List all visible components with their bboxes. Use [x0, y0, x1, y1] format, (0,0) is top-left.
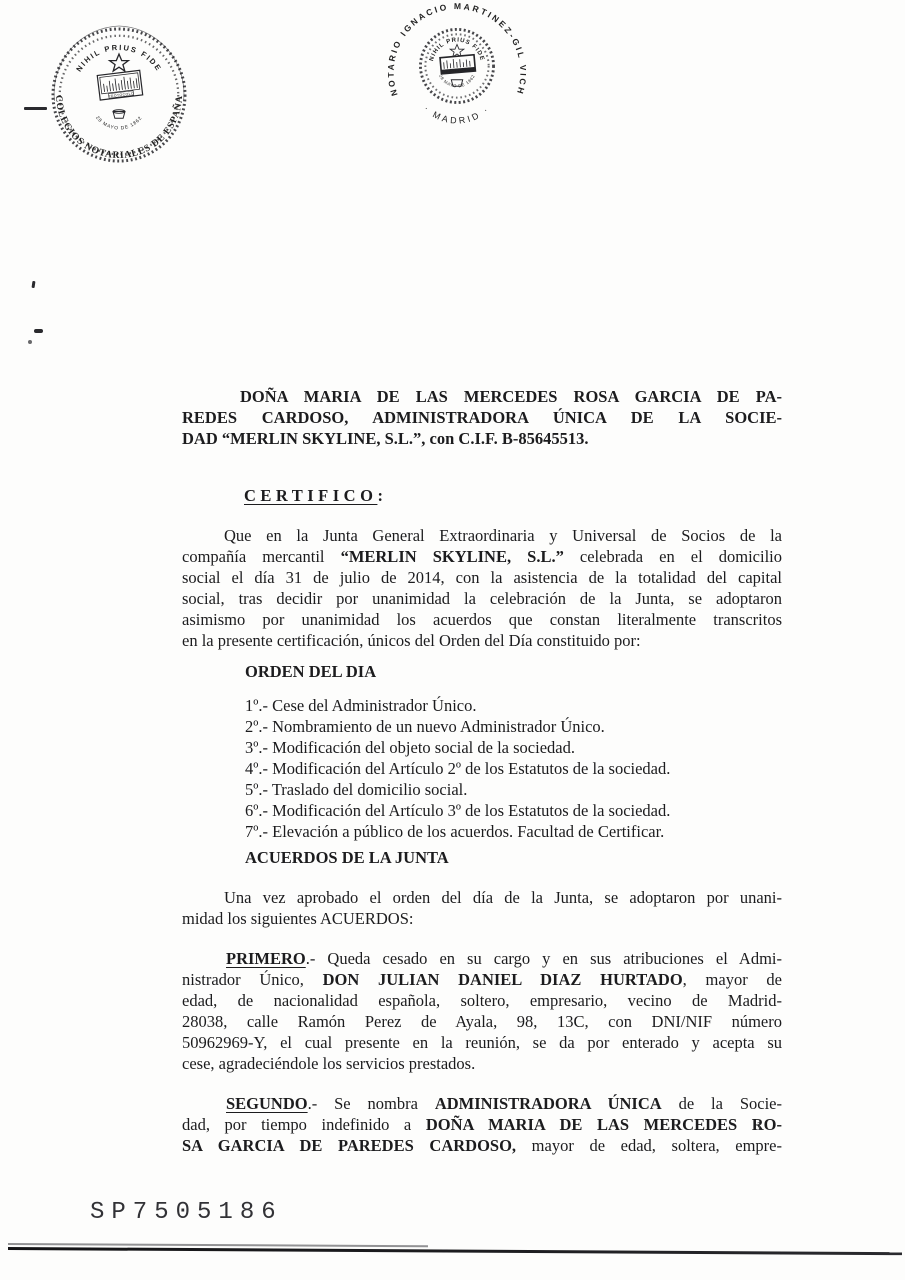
text-line: Que en la Junta General Extraordinaria y… — [182, 525, 782, 546]
notarial-college-seal-graphic: NIHIL PRIUS FIDE PROTOCOLO — [44, 20, 194, 170]
certify-word: CERTIFICO — [244, 486, 377, 505]
text-line: SEGUNDO.- Se nombra ADMINISTRADORA ÚNICA… — [182, 1093, 782, 1114]
text-line: en la presente certificación, únicos del… — [182, 630, 782, 651]
text-line: DOÑA MARIA DE LAS MERCEDES ROSA GARCIA D… — [182, 386, 782, 407]
text-line: SA GARCIA DE PAREDES CARDOSO, mayor de e… — [182, 1135, 782, 1156]
text-line: 50962969-Y, el cual presente en la reuni… — [182, 1032, 782, 1053]
text-line: REDES CARDOSO, ADMINISTRADORA ÚNICA DE L… — [182, 407, 782, 428]
scan-artifact-dash — [24, 107, 47, 110]
certificate-body: DOÑA MARIA DE LAS MERCEDES ROSA GARCIA D… — [182, 386, 782, 1156]
text-line: cese, agradeciéndole los servicios prest… — [182, 1053, 782, 1074]
scanned-document-page: NIHIL PRIUS FIDE PROTOCOLO — [0, 0, 905, 1280]
college-motto-text: NIHIL PRIUS FIDE — [74, 43, 164, 74]
second-resolution-paragraph: SEGUNDO.- Se nombra ADMINISTRADORA ÚNICA… — [182, 1093, 782, 1156]
approval-paragraph: Una vez aprobado el orden del día de la … — [182, 887, 782, 929]
text-line: social, tras decidir por unanimidad la c… — [182, 588, 782, 609]
agenda-item: 3º.- Modificación del objeto social de l… — [245, 737, 782, 758]
agenda-item: 4º.- Modificación del Artículo 2º de los… — [245, 758, 782, 779]
paper-serial-number: SP7505186 — [90, 1199, 283, 1226]
svg-text:NOTARIO IGNACIO MARTINEZ-GIL V: NOTARIO IGNACIO MARTINEZ-GIL VICH — [388, 1, 526, 97]
certification-intro-paragraph: Que en la Junta General Extraordinaria y… — [182, 525, 782, 651]
notary-stamp-graphic: NOTARIO IGNACIO MARTINEZ-GIL VICH · MADR… — [388, 0, 526, 140]
text-line: asimismo por unanimidad los acuerdos que… — [182, 609, 782, 630]
text-line: compañía mercantil “MERLIN SKYLINE, S.L.… — [182, 546, 782, 567]
star-icon — [110, 54, 129, 71]
agenda-item: 1º.- Cese del Administrador Único. — [245, 695, 782, 716]
scan-edge-line — [8, 1247, 902, 1255]
stamp-ribbon-date: 28 MAYO DE 1862 — [438, 74, 476, 89]
text-line: edad, de nacionalidad española, soltero,… — [182, 990, 782, 1011]
svg-text:28 MAYO DE 1862: 28 MAYO DE 1862 — [94, 115, 144, 132]
text-line: dad, por tiempo indefinido a DOÑA MARIA … — [182, 1114, 782, 1135]
protocol-book-icon: PROTOCOLO — [439, 54, 476, 75]
text-line: midad los siguientes ACUERDOS: — [182, 908, 782, 929]
certify-colon: : — [377, 486, 387, 505]
text-line: nistrador Único, DON JULIAN DANIEL DIAZ … — [182, 969, 782, 990]
notarial-college-seal: NIHIL PRIUS FIDE PROTOCOLO — [44, 20, 194, 170]
agenda-item: 5º.- Traslado del domicilio social. — [245, 779, 782, 800]
agenda-item: 2º.- Nombramiento de un nuevo Administra… — [245, 716, 782, 737]
certify-heading: CERTIFICO: — [244, 485, 782, 506]
text-line: PRIMERO.- Queda cesado en su cargo y en … — [182, 948, 782, 969]
notary-stamp: NOTARIO IGNACIO MARTINEZ-GIL VICH · MADR… — [388, 0, 526, 140]
agenda-item: 6º.- Modificación del Artículo 3º de los… — [245, 800, 782, 821]
svg-text:· MADRID ·: · MADRID · — [422, 103, 492, 125]
resolutions-heading: ACUERDOS DE LA JUNTA — [245, 847, 782, 868]
scan-artifact-mark — [34, 329, 43, 333]
svg-text:28 MAYO DE 1862: 28 MAYO DE 1862 — [438, 74, 476, 89]
inkwell-icon — [113, 110, 125, 119]
agenda-list: 1º.- Cese del Administrador Único.2º.- N… — [245, 695, 782, 842]
scan-artifact-mark — [28, 340, 32, 344]
stamp-ring-text: NOTARIO IGNACIO MARTINEZ-GIL VICH — [388, 1, 526, 97]
text-line: Una vez aprobado el orden del día de la … — [182, 887, 782, 908]
text-line: DAD “MERLIN SKYLINE, S.L.”, con C.I.F. B… — [182, 428, 782, 449]
svg-text:NIHIL PRIUS FIDE: NIHIL PRIUS FIDE — [74, 43, 164, 74]
agenda-item: 7º.- Elevación a público de los acuerdos… — [245, 821, 782, 842]
text-line: social el día 31 de julio de 2014, con l… — [182, 567, 782, 588]
scan-artifact-mark — [32, 281, 36, 288]
text-line: 28038, calle Ramón Perez de Ayala, 98, 1… — [182, 1011, 782, 1032]
document-heading: DOÑA MARIA DE LAS MERCEDES ROSA GARCIA D… — [182, 386, 782, 449]
first-resolution-paragraph: PRIMERO.- Queda cesado en su cargo y en … — [182, 948, 782, 1074]
agenda-heading: ORDEN DEL DIA — [245, 661, 782, 682]
protocol-book-icon: PROTOCOLO — [97, 70, 142, 100]
stamp-city-text: · MADRID · — [422, 103, 492, 125]
college-ribbon-date: 28 MAYO DE 1862 — [94, 115, 144, 132]
page-number: 1 — [756, 1118, 763, 1134]
